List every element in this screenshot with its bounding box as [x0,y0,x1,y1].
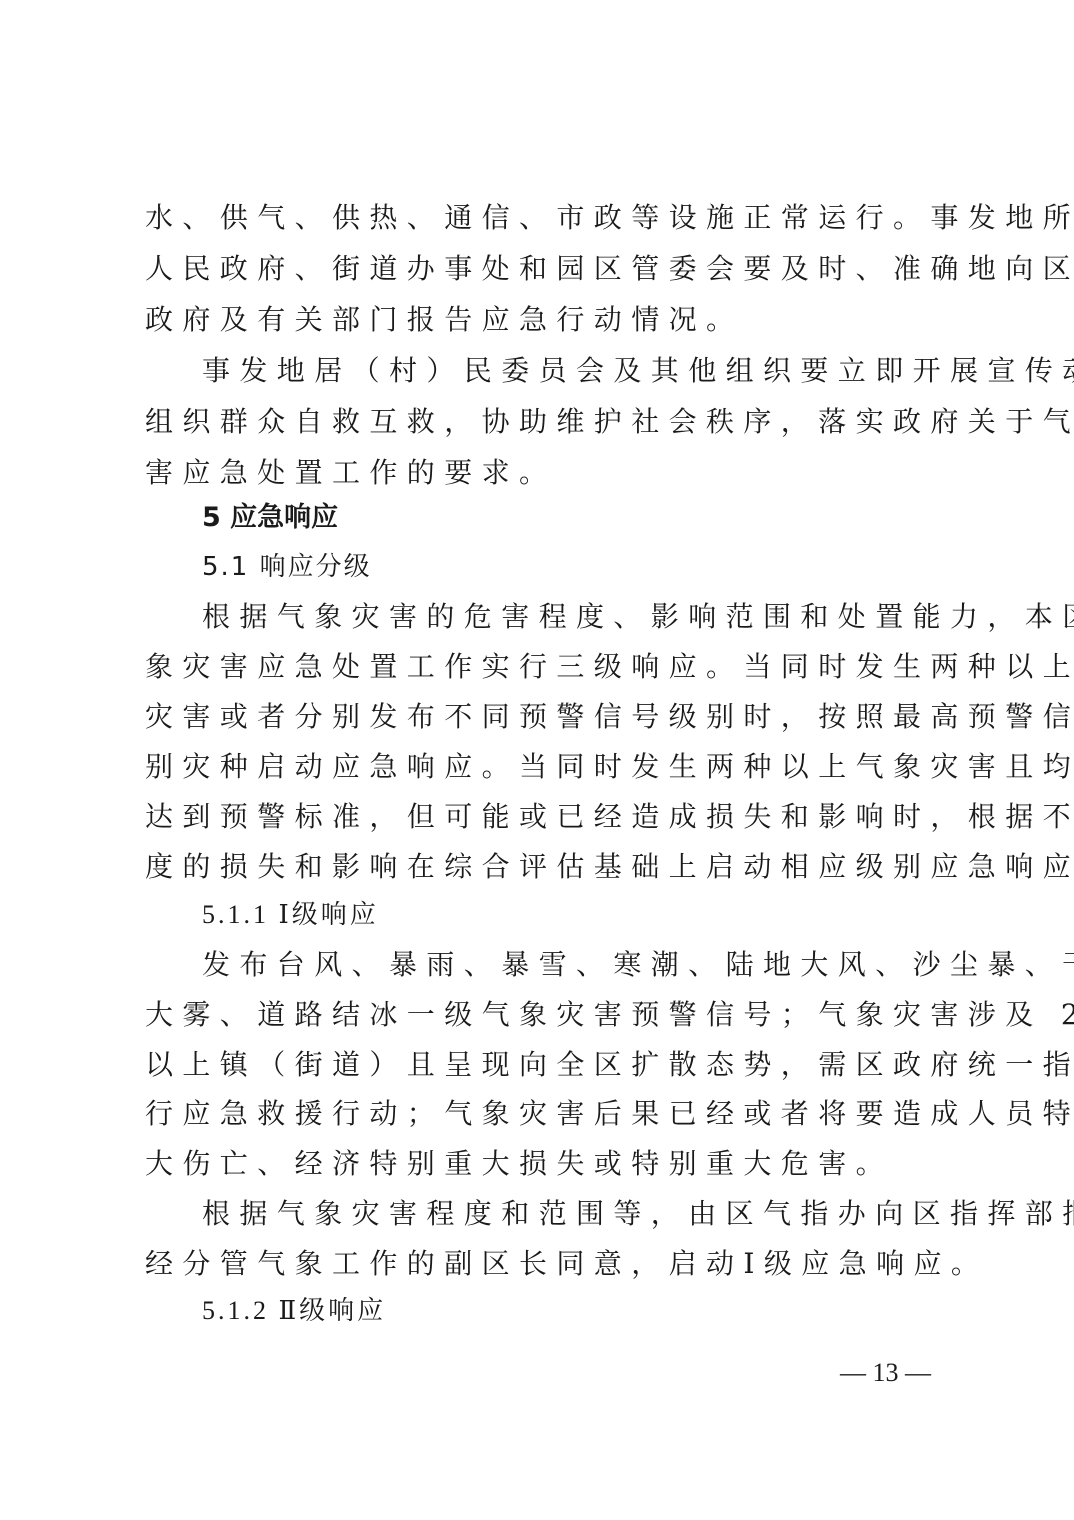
paragraph-line: 政府及有关部门报告应急行动情况。 [145,300,945,340]
paragraph-line: 组织群众自救互救，协助维护社会秩序，落实政府关于气象灾 [145,402,945,442]
paragraph-line: 水、供气、供热、通信、市政等设施正常运行。事发地所在镇 [145,198,945,238]
paragraph-line: 达到预警标准，但可能或已经造成损失和影响时，根据不同程 [145,797,945,837]
paragraph-line: 灾害或者分别发布不同预警信号级别时，按照最高预警信号级 [145,697,945,737]
page-number: — 13 — [840,1358,931,1388]
subsubsection-heading: 5.1.2 Ⅱ级响应 [202,1291,1002,1331]
paragraph-line: 人民政府、街道办事处和园区管委会要及时、准确地向区人民 [145,249,945,289]
paragraph-line: 度的损失和影响在综合评估基础上启动相应级别应急响应。 [145,847,945,887]
paragraph-line: 事发地居（村）民委员会及其他组织要立即开展宣传动员， [202,351,1002,391]
paragraph-line: 大伤亡、经济特别重大损失或特别重大危害。 [145,1144,945,1184]
paragraph-line: 象灾害应急处置工作实行三级响应。当同时发生两种以上气象 [145,647,945,687]
paragraph-line: 发布台风、暴雨、暴雪、寒潮、陆地大风、沙尘暴、干旱、 [202,945,1002,985]
paragraph-line: 以上镇（街道）且呈现向全区扩散态势，需区政府统一指挥进 [145,1045,945,1085]
subsubsection-heading: 5.1.1 Ⅰ级响应 [202,895,1002,935]
section-heading: 5 应急响应 [202,498,1002,538]
subsection-heading: 5.1 响应分级 [202,547,1002,587]
paragraph-line: 行应急救援行动；气象灾害后果已经或者将要造成人员特别重 [145,1094,945,1134]
paragraph-line: 根据气象灾害程度和范围等，由区气指办向区指挥部报告， [202,1194,1002,1234]
paragraph-line: 大雾、道路结冰一级气象灾害预警信号；气象灾害涉及 2 个及 [145,995,945,1035]
paragraph-line: 经分管气象工作的副区长同意，启动Ⅰ级应急响应。 [145,1244,945,1284]
paragraph-line: 别灾种启动应急响应。当同时发生两种以上气象灾害且均没有 [145,747,945,787]
paragraph-line: 根据气象灾害的危害程度、影响范围和处置能力，本区气 [202,597,1002,637]
paragraph-line: 害应急处置工作的要求。 [145,453,945,493]
document-page: 水、供气、供热、通信、市政等设施正常运行。事发地所在镇 人民政府、街道办事处和园… [0,0,1074,1520]
